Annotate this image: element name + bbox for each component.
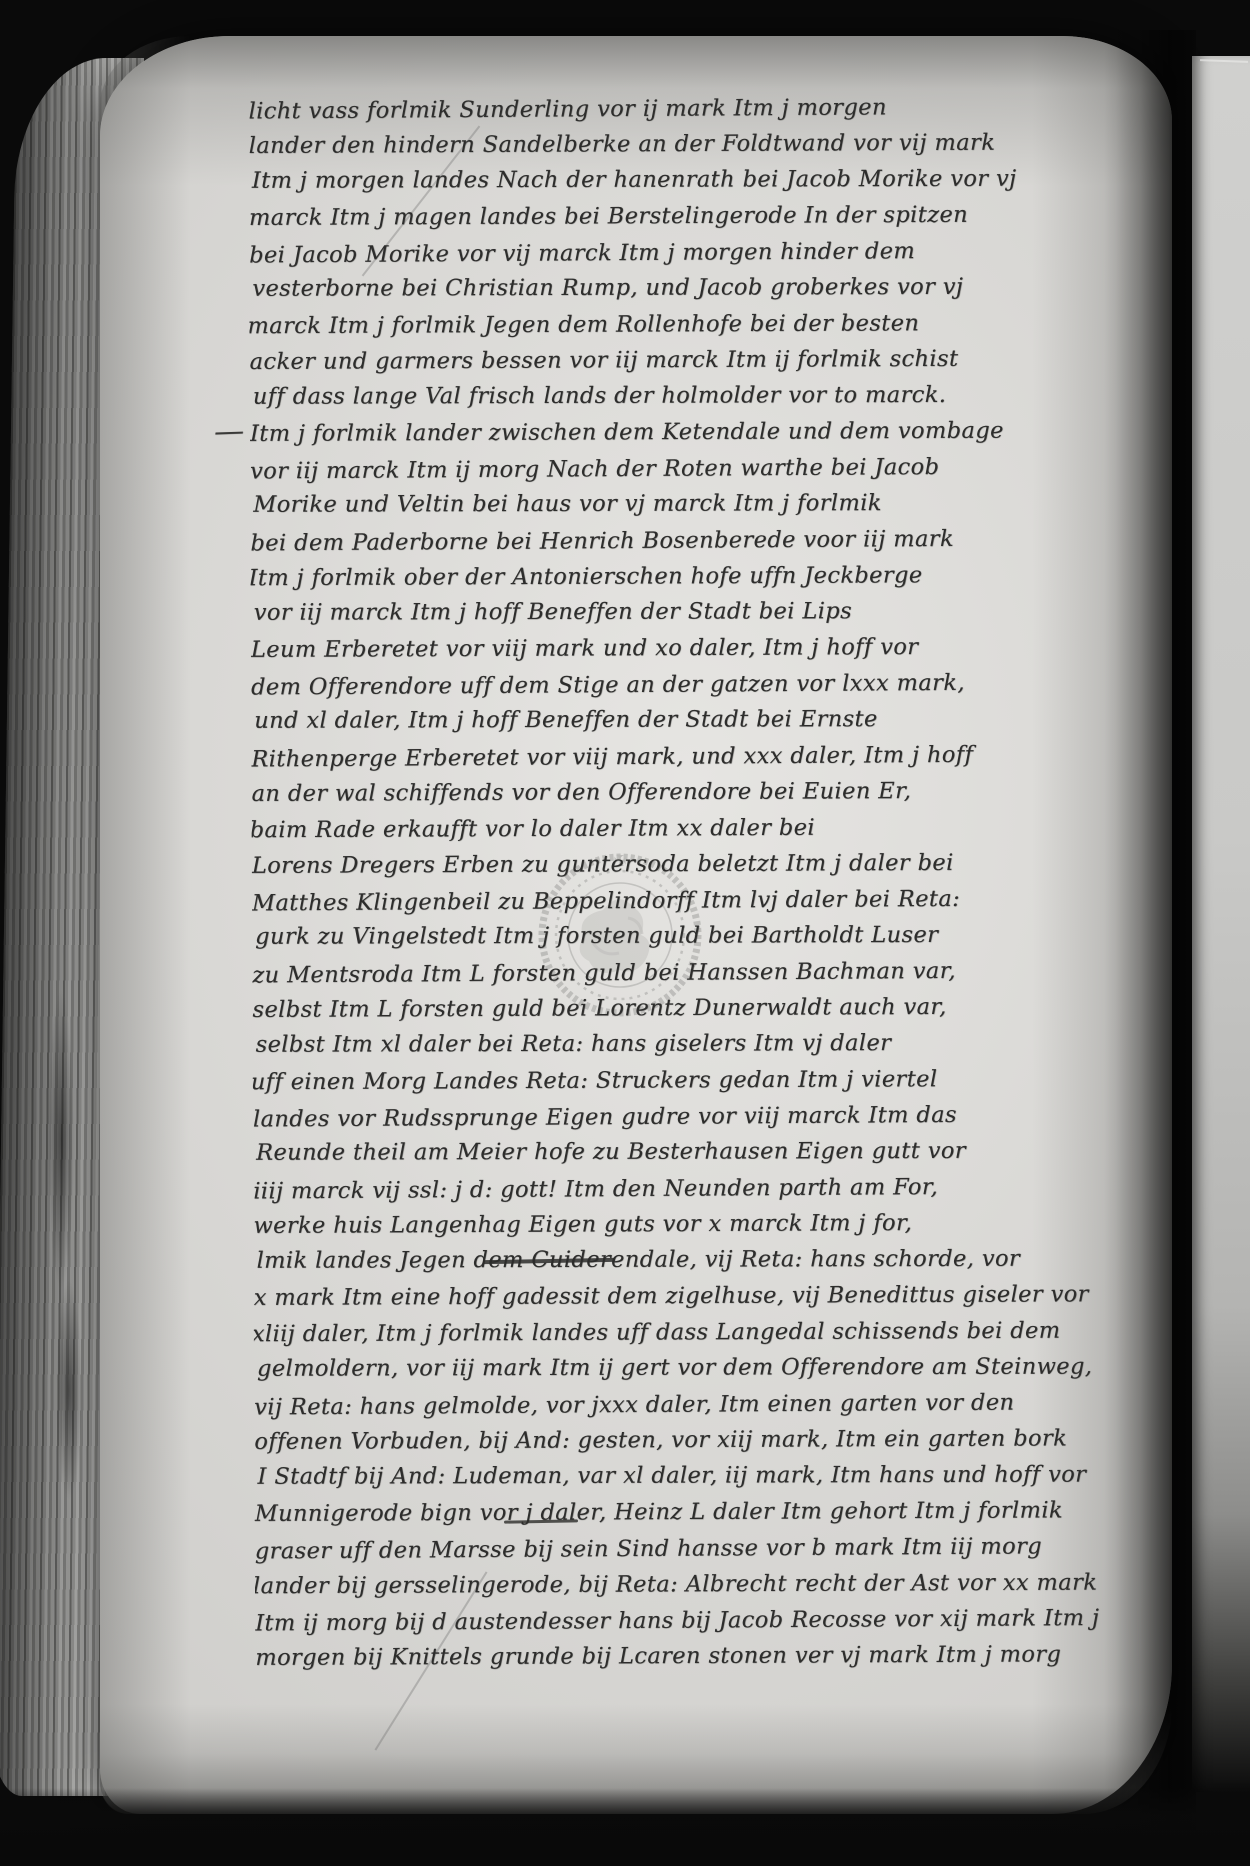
manuscript-line: Itm j forlmik lander zwischen dem Ketend…: [250, 412, 1136, 452]
page-edge-smudge: [48, 990, 74, 1290]
manuscript-line: und xl daler, Itm j hoff Beneffen der St…: [254, 700, 1140, 738]
manuscript-line: gelmoldern, vor iij mark Itm ij gert vor…: [257, 1348, 1142, 1386]
manuscript-line: lander den hindern Sandelberke an der Fo…: [249, 124, 1135, 164]
manuscript-line: gurk zu Vingelstedt Itm j forsten guld b…: [255, 916, 1141, 954]
page-left-shadow: [100, 36, 190, 1814]
manuscript-line: Lorens Dregers Erben zu guntersoda belet…: [252, 844, 1138, 884]
manuscript-line: Itm j forlmik ober der Antonierschen hof…: [249, 556, 1135, 596]
manuscript-line: I Stadtf bij And: Ludeman, var xl daler,…: [257, 1456, 1141, 1494]
manuscript-scan: ✠ licht vass forlmik Sunderling vor ij m…: [0, 0, 1250, 1866]
manuscript-line: lmik landes Jegen dem Cuiderendale, vij …: [257, 1240, 1142, 1278]
facing-page-edge: [1192, 56, 1250, 1792]
manuscript-line: Itm ij morg bij d austendesser hans bij …: [255, 1600, 1141, 1642]
manuscript-line: an der wal schiffends vor den Offerendor…: [251, 772, 1137, 812]
manuscript-line: acker und garmers bessen vor iij marck I…: [250, 340, 1136, 380]
manuscript-line: baim Rade erkaufft vor lo daler Itm xx d…: [250, 808, 1136, 848]
manuscript-line: zu Mentsroda Itm L forsten guld bei Hans…: [252, 952, 1138, 994]
manuscript-line: marck Itm j magen landes bei Berstelinge…: [249, 196, 1135, 236]
margin-dash-mark: —: [213, 413, 244, 449]
manuscript-line: vor iij marck Itm ij morg Nach der Roten…: [250, 448, 1136, 490]
manuscript-line: vor iij marck Itm j hoff Beneffen der St…: [254, 592, 1140, 630]
manuscript-line: iiij marck vij ssl: j d: gott! Itm den N…: [253, 1168, 1139, 1210]
manuscript-line: uff dass lange Val frisch lands der holm…: [253, 376, 1139, 414]
manuscript-line: Itm j morgen landes Nach der hanenrath b…: [252, 160, 1138, 198]
manuscript-line: marck Itm j forlmik Jegen dem Rollenhofe…: [248, 304, 1133, 344]
manuscript-line: Reunde theil am Meier hofe zu Besterhaus…: [256, 1132, 1141, 1170]
manuscript-line: selbst Itm xl daler bei Reta: hans gisel…: [256, 1024, 1142, 1062]
bottom-shadow: [0, 1788, 1250, 1866]
manuscript-line: xliij daler, Itm j forlmik landes uff da…: [252, 1312, 1138, 1352]
manuscript-text: licht vass forlmik Sunderling vor ij mar…: [248, 88, 1141, 1712]
manuscript-line: offenen Vorbuden, bij And: gesten, vor x…: [254, 1420, 1140, 1460]
manuscript-line: graser uff den Marsse bij sein Sind hans…: [255, 1528, 1141, 1570]
manuscript-line: lander bij gersselingerode, bij Reta: Al…: [253, 1564, 1139, 1604]
page-edge-smudge: [56, 1280, 82, 1500]
manuscript-line: selbst Itm L forsten guld bei Lorentz Du…: [252, 988, 1138, 1028]
manuscript-line: werke huis Langenhag Eigen guts vor x ma…: [253, 1204, 1139, 1244]
book-gutter-shadow: [1104, 30, 1196, 1830]
manuscript-line: licht vass forlmik Sunderling vor ij mar…: [248, 88, 1134, 129]
manuscript-line: bei dem Paderborne bei Henrich Bosenbere…: [250, 520, 1136, 562]
manuscript-line: vij Reta: hans gelmolde, vor jxxx daler,…: [254, 1384, 1140, 1426]
manuscript-line: dem Offerendore uff dem Stige an der gat…: [251, 664, 1137, 706]
manuscript-line: Leum Erberetet vor viij mark und xo dale…: [251, 628, 1137, 668]
manuscript-line: morgen bij Knittels grunde bij Lcaren st…: [255, 1636, 1141, 1676]
manuscript-line: Morike und Veltin bei haus vor vj marck …: [253, 484, 1139, 522]
manuscript-line: Munnigerode bign vor j daler, Heinz L da…: [255, 1492, 1141, 1532]
manuscript-line: Matthes Klingenbeil zu Beppelindorff Itm…: [252, 880, 1138, 922]
manuscript-line: vesterborne bei Christian Rump, und Jaco…: [252, 268, 1138, 306]
manuscript-line: bei Jacob Morike vor vij marck Itm j mor…: [249, 232, 1135, 274]
manuscript-line: uff einen Morg Landes Reta: Struckers ge…: [251, 1060, 1137, 1100]
manuscript-line: x mark Itm eine hoff gadessit dem zigelh…: [254, 1276, 1140, 1316]
manuscript-line: landes vor Rudssprunge Eigen gudre vor v…: [253, 1096, 1139, 1138]
manuscript-line: Rithenperge Erberetet vor viij mark, und…: [251, 736, 1137, 778]
